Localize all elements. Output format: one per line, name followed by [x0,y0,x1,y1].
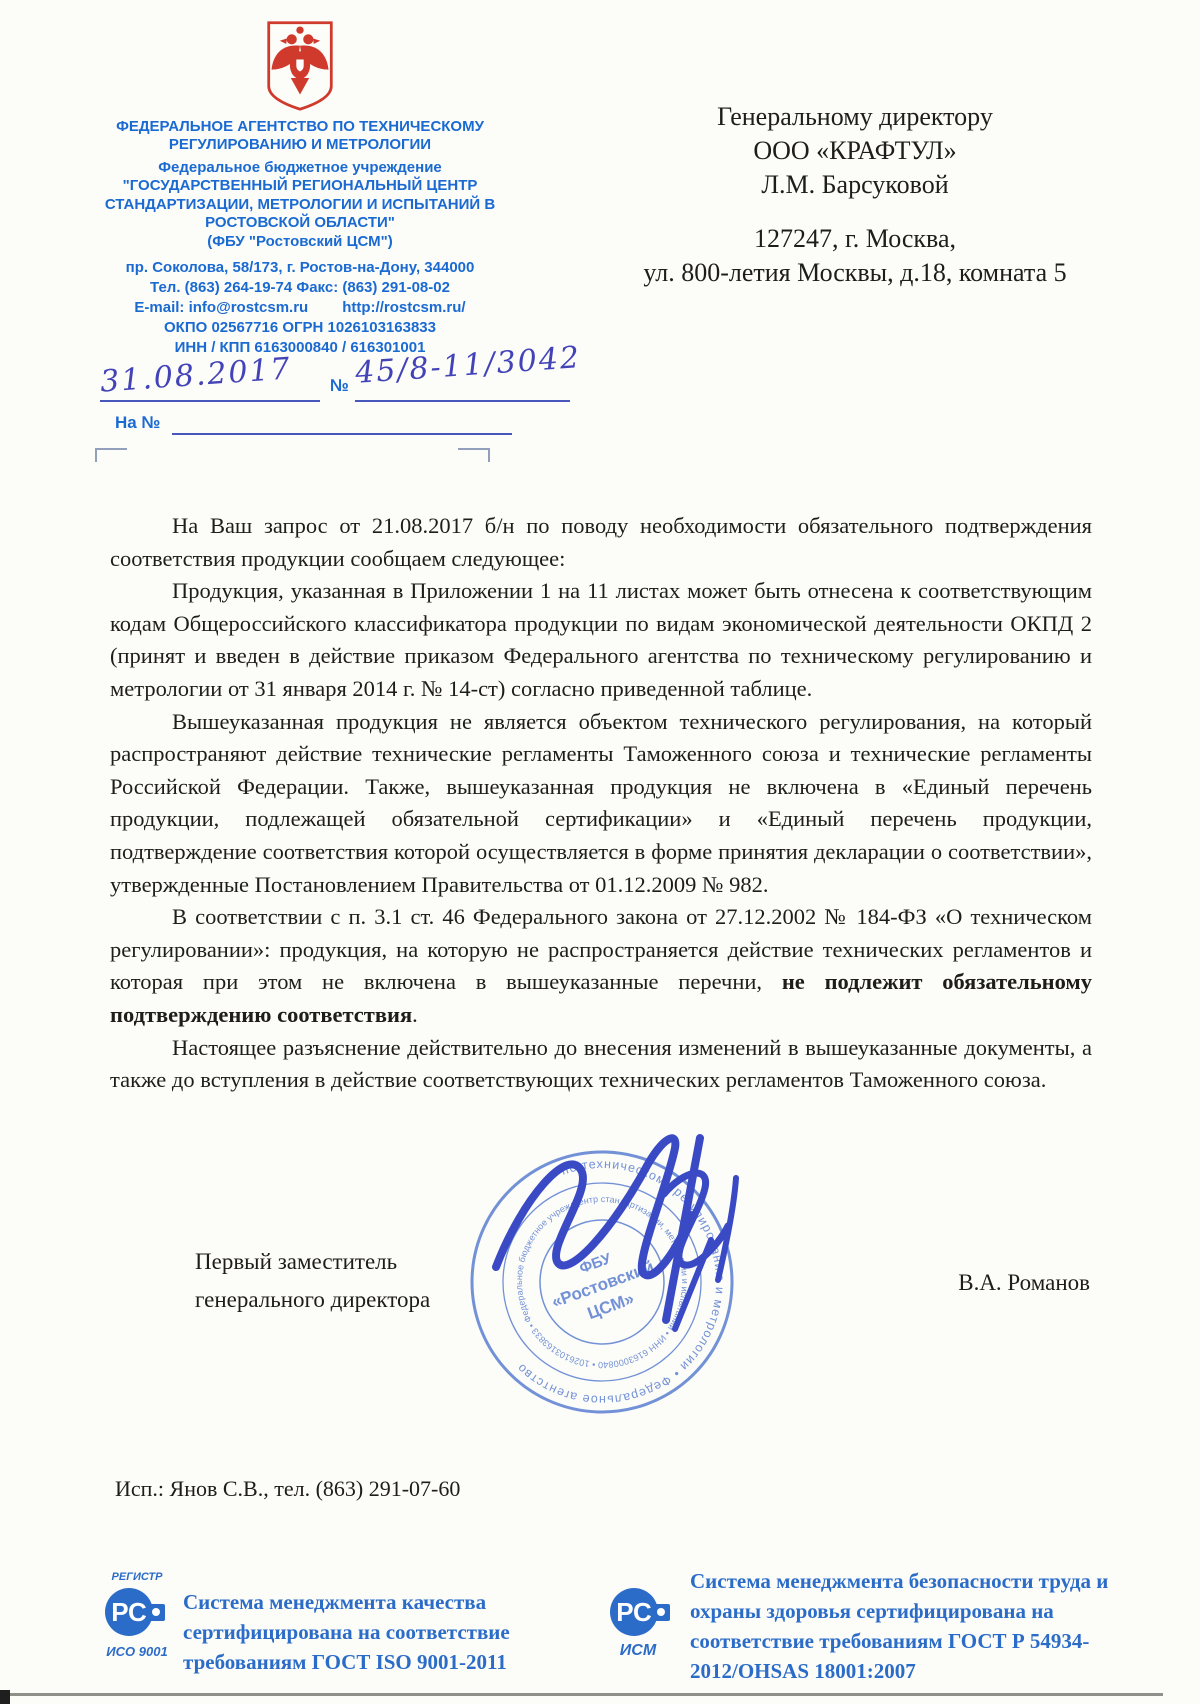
rst-ism-logo-icon: РС ИСМ [600,1580,684,1660]
coat-of-arms-icon [262,20,338,112]
logo-iso-text: ИСО 9001 [106,1644,167,1659]
org-okpo-ogrn: ОКПО 02567716 ОГРН 1026103163833 [85,318,515,338]
rst-iso9001-logo-icon: РЕГИСТР РС ИСО 9001 [95,1568,179,1664]
org-phone-fax: Тел. (863) 264-19-74 Факс: (863) 291-08-… [85,278,515,298]
org-website: http://rostcsm.ru/ [342,299,465,316]
footer-left-cert-text: Система менеджмента качества сертифициро… [183,1587,593,1677]
org-address: пр. Соколова, 58/173, г. Ростов-на-Дону,… [85,258,515,278]
footer-right-cert-text: Система менеджмента безопасности труда и… [690,1566,1150,1686]
recipient-position: Генеральному директору [615,100,1095,134]
recipient-block: Генеральному директору ООО «КРАФТУЛ» Л.М… [615,100,1095,290]
reply-ref-label: На № [115,413,160,433]
frame-corner-left [95,448,127,462]
paragraph-1: На Ваш запрос от 21.08.2017 б/н по повод… [110,510,1092,575]
executor-line: Исп.: Янов С.В., тел. (863) 291-07-60 [115,1476,460,1502]
signatory-title: Первый заместитель генерального директор… [195,1243,430,1319]
letter-page: ФЕДЕРАЛЬНОЕ АГЕНТСТВО ПО ТЕХНИЧЕСКОМУ РЕ… [0,0,1200,1704]
signature-scribble [468,1082,768,1332]
logo-rst-text: РС [111,1597,147,1627]
recipient-company: ООО «КРАФТУЛ» [615,134,1095,168]
scan-edge-corner [0,1690,10,1704]
org-type: Федеральное бюджетное учреждение [85,159,515,177]
logo-ism-text: ИСМ [620,1642,657,1659]
recipient-name: Л.М. Барсуковой [615,168,1095,202]
frame-corner-right [458,448,490,462]
number-underline [355,400,570,402]
signatory-name: В.А. Романов [930,1270,1090,1296]
paragraph-3: Вышеуказанная продукция не является объе… [110,706,1092,902]
agency-name: ФЕДЕРАЛЬНОЕ АГЕНТСТВО ПО ТЕХНИЧЕСКОМУ РЕ… [85,118,515,154]
letterhead: ФЕДЕРАЛЬНОЕ АГЕНТСТВО ПО ТЕХНИЧЕСКОМУ РЕ… [85,20,515,358]
recipient-street: ул. 800-летия Москвы, д.18, комната 5 [615,256,1095,290]
org-email-website: E-mail: info@rostcsm.ruhttp://rostcsm.ru… [85,298,515,318]
org-name: "ГОСУДАРСТВЕННЫЙ РЕГИОНАЛЬНЫЙ ЦЕНТР СТАН… [85,177,515,233]
letter-body: На Ваш запрос от 21.08.2017 б/н по повод… [110,510,1092,1097]
org-contacts: пр. Соколова, 58/173, г. Ростов-на-Дону,… [85,258,515,358]
date-underline [100,400,320,402]
paragraph-4: В соответствии с п. 3.1 ст. 46 Федеральн… [110,901,1092,1031]
org-short-name: (ФБУ "Ростовский ЦСМ") [85,233,515,251]
reply-ref-underline [172,433,512,435]
logo-register-text: РЕГИСТР [112,1571,164,1583]
paragraph-2: Продукция, указанная в Приложении 1 на 1… [110,575,1092,705]
org-email: E-mail: info@rostcsm.ru [134,299,308,316]
number-sign-label: № [330,376,349,396]
recipient-postcode-city: 127247, г. Москва, [615,222,1095,256]
logo-rst2-text: РС [616,1597,652,1627]
letter-date-handwritten: 31.08.2017 [99,351,293,399]
scan-edge-line [0,1693,1163,1696]
